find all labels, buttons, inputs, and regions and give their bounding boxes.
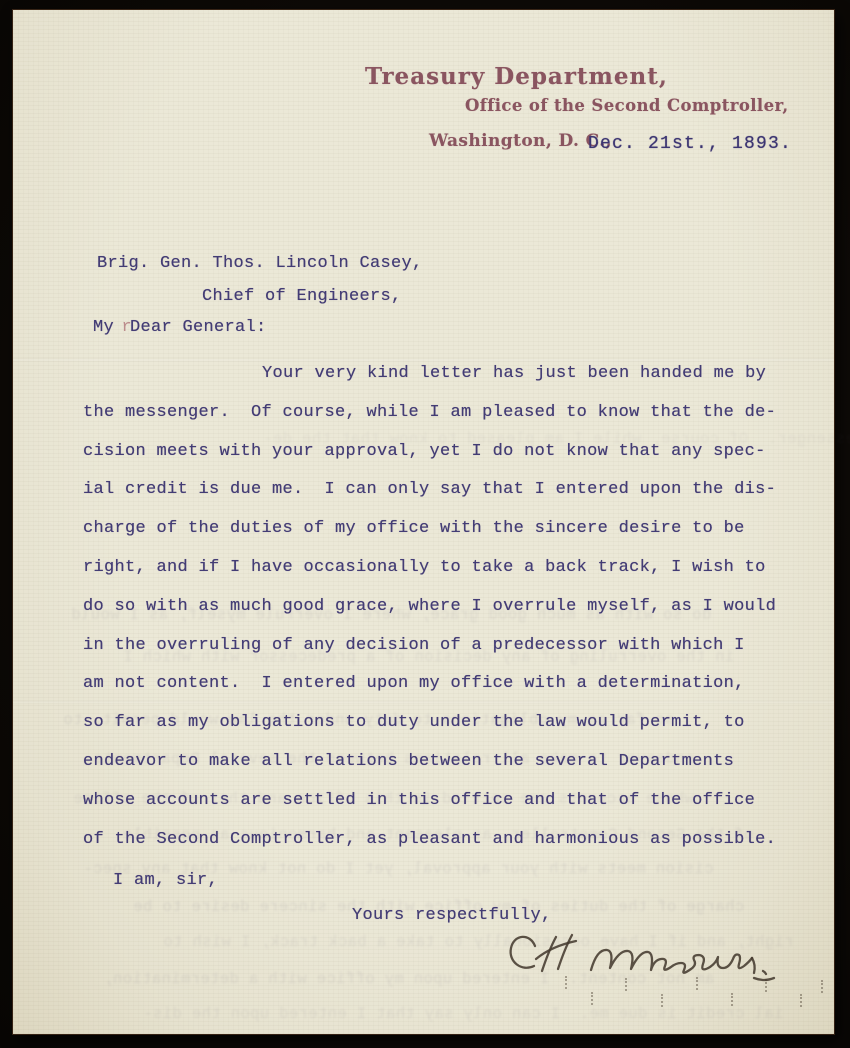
letterhead-place: Washington, D. C., [429, 131, 612, 151]
body-line: in the overruling of any decision of a p… [83, 636, 803, 675]
body-line: right, and if I have occasionally to tak… [83, 558, 803, 597]
paper-crease [13, 358, 834, 362]
body-line: charge of the duties of my office with t… [83, 519, 803, 558]
letter-body: Your very kind letter has just been hand… [83, 364, 803, 868]
letterhead-office: Office of the Second Comptroller, [465, 96, 789, 115]
signature-text: C H Mansur. [13, 10, 14, 11]
letter-page: the messenger. Of course, while I am ple… [13, 10, 834, 1034]
body-line: cision meets with your approval, yet I d… [83, 442, 803, 481]
body-line: am not content. I entered upon my office… [83, 674, 803, 713]
body-line: the messenger. Of course, while I am ple… [83, 403, 803, 442]
letterhead-department: Treasury Department, [365, 63, 668, 90]
body-line: do so with as much good grace, where I o… [83, 597, 803, 636]
photo-background: the messenger. Of course, while I am ple… [0, 0, 850, 1048]
body-line: Your very kind letter has just been hand… [83, 364, 803, 403]
salutation-prefix: My [93, 318, 125, 337]
signature [501, 922, 813, 1000]
bleedthrough-text: ial credit is due me. I can only say tha… [143, 1005, 783, 1023]
body-line: endeavor to make all relations between t… [83, 752, 803, 791]
body-line: so far as my obligations to duty under t… [83, 713, 803, 752]
closing-line: I am, sir, [113, 871, 218, 890]
recipient-title: Chief of Engineers, [202, 287, 402, 306]
bleedthrough-mark [821, 980, 823, 993]
body-line: whose accounts are settled in this offic… [83, 791, 803, 830]
recipient-name: Brig. Gen. Thos. Lincoln Casey, [97, 254, 423, 273]
salutation: My rDear General: [93, 318, 267, 337]
salutation-rest: Dear General: [130, 318, 267, 337]
body-line: ial credit is due me. I can only say tha… [83, 480, 803, 519]
body-line: of the Second Comptroller, as pleasant a… [83, 830, 803, 869]
letter-date: Dec. 21st., 1893. [588, 134, 792, 154]
